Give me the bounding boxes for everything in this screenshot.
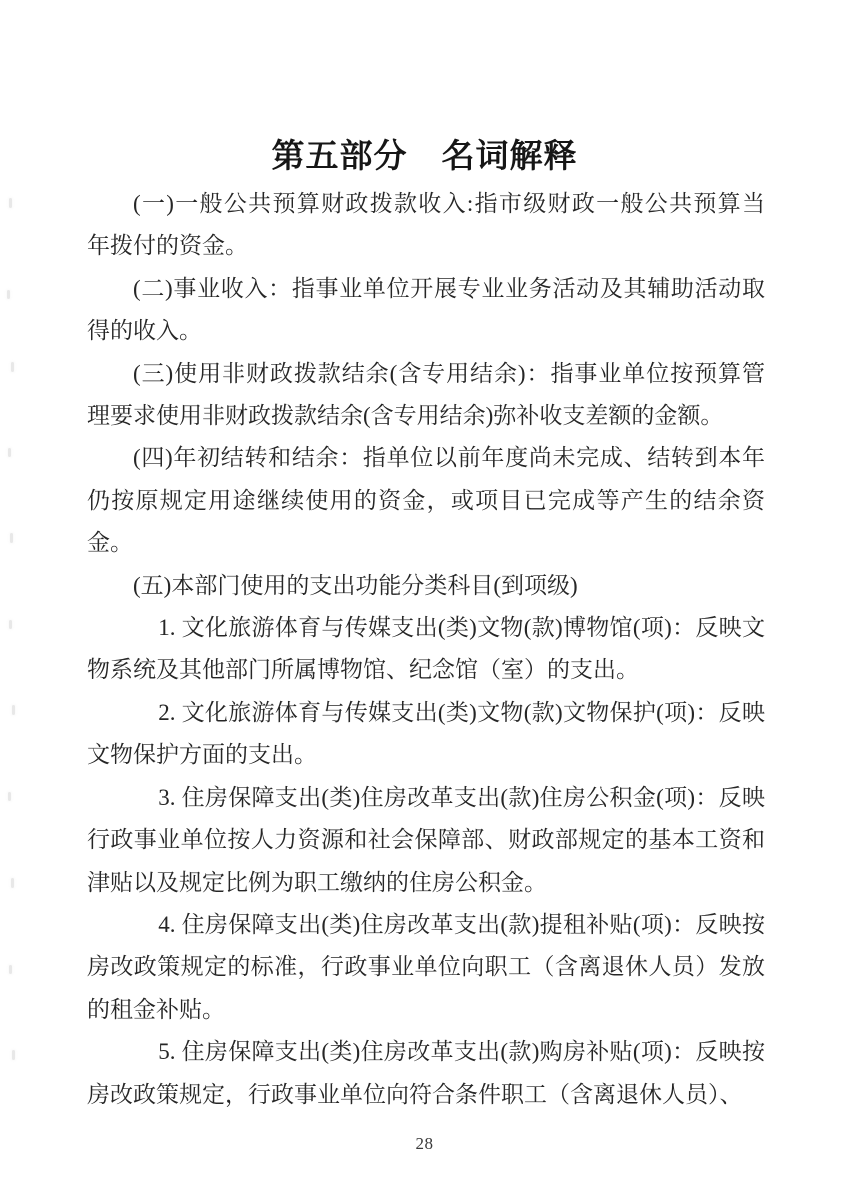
text-line: 文物保护方面的支出。 <box>87 734 765 776</box>
paragraph: 5. 住房保障支出(类)住房改革支出(款)购房补贴(项)：反映按房改政策规定，行… <box>87 1031 765 1116</box>
scan-noise-mark <box>10 533 13 543</box>
document-page: 第五部分 名词解释 (一)一般公共预算财政拨款收入:指市级财政一般公共预算当年拨… <box>0 0 849 1200</box>
text-line: 物系统及其他部门所属博物馆、纪念馆（室）的支出。 <box>87 649 765 691</box>
paragraph: 2. 文化旅游体育与传媒支出(类)文物(款)文物保护(项)：反映文物保护方面的支… <box>87 692 765 777</box>
scan-noise-mark <box>8 792 11 801</box>
paragraph: (五)本部门使用的支出功能分类科目(到项级) <box>87 565 765 607</box>
page-title: 第五部分 名词解释 <box>0 134 849 178</box>
text-line: (四)年初结转和结余：指单位以前年度尚未完成、结转到本年 <box>87 437 765 479</box>
paragraph: (三)使用非财政拨款结余(含专用结余)：指事业单位按预算管理要求使用非财政拨款结… <box>87 353 765 438</box>
text-line: 年拨付的资金。 <box>87 225 765 267</box>
text-line: 仍按原规定用途继续使用的资金，或项目已完成等产生的结余资金。 <box>87 480 765 565</box>
text-line: (三)使用非财政拨款结余(含专用结余)：指事业单位按预算管 <box>87 353 765 395</box>
paragraph: 3. 住房保障支出(类)住房改革支出(款)住房公积金(项)：反映行政事业单位按人… <box>87 777 765 904</box>
text-line: 3. 住房保障支出(类)住房改革支出(款)住房公积金(项)：反映 <box>87 777 765 819</box>
scan-noise-mark <box>9 620 12 629</box>
scan-noise-mark <box>9 198 12 208</box>
scan-noise-mark <box>8 448 11 457</box>
paragraph: (一)一般公共预算财政拨款收入:指市级财政一般公共预算当年拨付的资金。 <box>87 183 765 268</box>
text-line: 理要求使用非财政拨款结余(含专用结余)弥补收支差额的金额。 <box>87 395 765 437</box>
text-line: 2. 文化旅游体育与传媒支出(类)文物(款)文物保护(项)：反映 <box>87 692 765 734</box>
text-line: 4. 住房保障支出(类)住房改革支出(款)提租补贴(项)：反映按 <box>87 904 765 946</box>
paragraph: 1. 文化旅游体育与传媒支出(类)文物(款)博物馆(项)：反映文物系统及其他部门… <box>87 607 765 692</box>
scan-noise-mark <box>11 362 14 372</box>
text-line: 行政事业单位按人力资源和社会保障部、财政部规定的基本工资和 <box>87 819 765 861</box>
text-line: 1. 文化旅游体育与传媒支出(类)文物(款)博物馆(项)：反映文 <box>87 607 765 649</box>
paragraph: (四)年初结转和结余：指单位以前年度尚未完成、结转到本年仍按原规定用途继续使用的… <box>87 437 765 564</box>
text-line: (一)一般公共预算财政拨款收入:指市级财政一般公共预算当 <box>87 183 765 225</box>
text-line: 房改政策规定的标准，行政事业单位向职工（含离退休人员）发放 <box>87 946 765 988</box>
text-line: 的租金补贴。 <box>87 989 765 1031</box>
text-line: 津贴以及规定比例为职工缴纳的住房公积金。 <box>87 862 765 904</box>
text-line: 房改政策规定，行政事业单位向符合条件职工（含离退休人员）、 <box>87 1074 765 1116</box>
text-line: (五)本部门使用的支出功能分类科目(到项级) <box>87 565 765 607</box>
scan-noise-mark <box>7 290 10 299</box>
scan-noise-mark <box>11 878 14 888</box>
scan-noise-mark <box>9 965 12 974</box>
scan-noise-mark <box>12 705 15 715</box>
page-number: 28 <box>0 1134 849 1154</box>
text-line: (二)事业收入：指事业单位开展专业业务活动及其辅助活动取 <box>87 268 765 310</box>
text-line: 5. 住房保障支出(类)住房改革支出(款)购房补贴(项)：反映按 <box>87 1031 765 1073</box>
document-body: (一)一般公共预算财政拨款收入:指市级财政一般公共预算当年拨付的资金。(二)事业… <box>87 183 765 1116</box>
paragraph: 4. 住房保障支出(类)住房改革支出(款)提租补贴(项)：反映按房改政策规定的标… <box>87 904 765 1031</box>
scan-noise-mark <box>12 1050 15 1060</box>
paragraph: (二)事业收入：指事业单位开展专业业务活动及其辅助活动取得的收入。 <box>87 268 765 353</box>
text-line: 得的收入。 <box>87 310 765 352</box>
